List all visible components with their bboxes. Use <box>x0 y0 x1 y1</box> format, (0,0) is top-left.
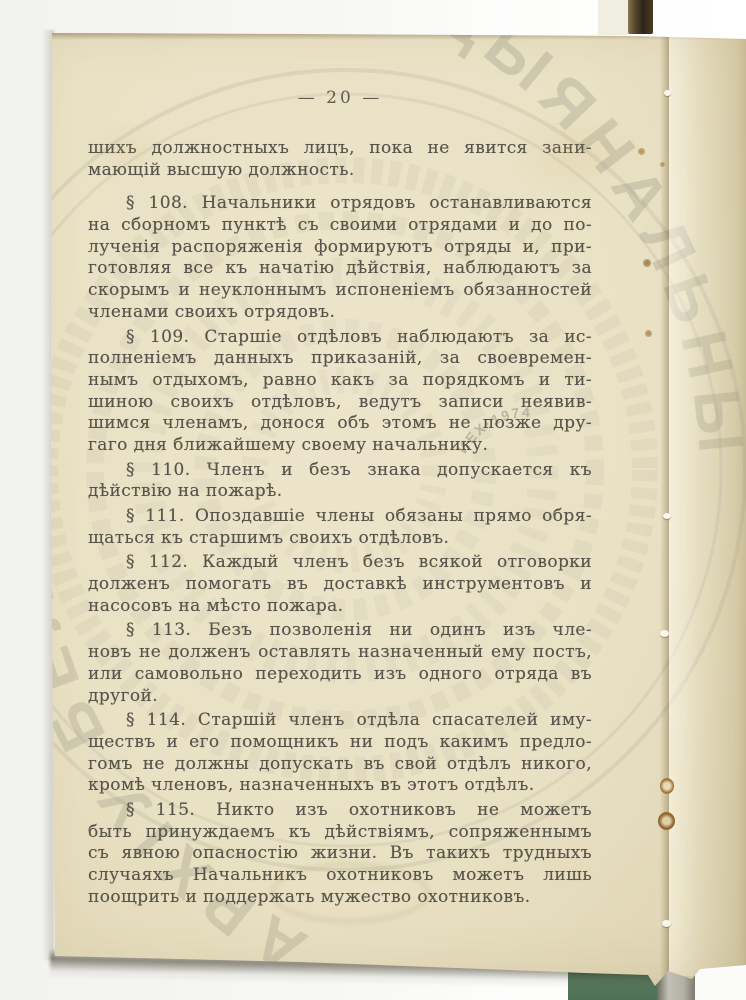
book-page: НАЦЫЯНАЛЬНЫ АРХІУ БЕЛА ИЕХ·1974 — 20 — ш… <box>0 0 746 1000</box>
scanned-book-photo: НАЦЫЯНАЛЬНЫ АРХІУ БЕЛА ИЕХ·1974 — 20 — ш… <box>0 0 746 1000</box>
backing-page-strip <box>598 0 628 35</box>
book-press-stick-top <box>628 0 653 34</box>
page-vignette <box>0 0 746 1000</box>
